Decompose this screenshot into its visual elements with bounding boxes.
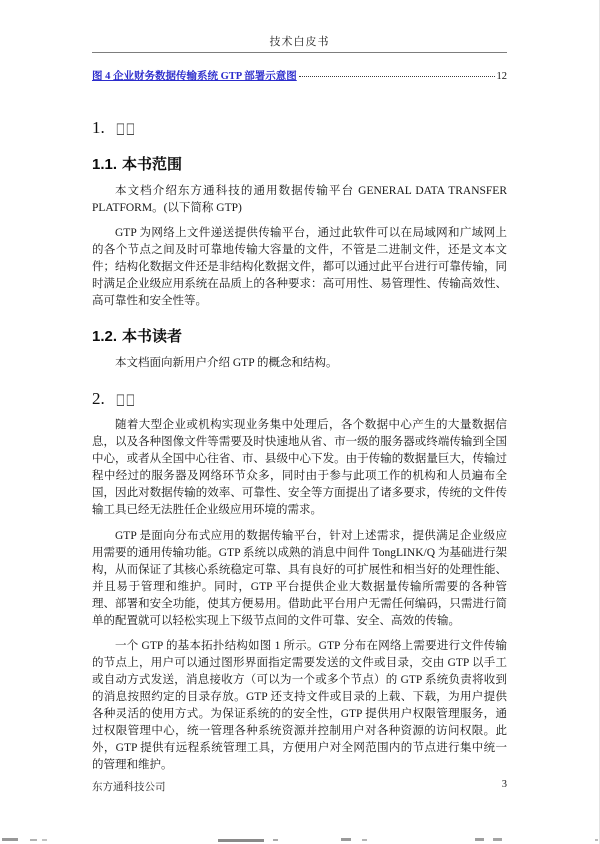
page-edge-artifact — [595, 839, 598, 841]
footer-page-number: 3 — [502, 779, 507, 794]
page-footer: 东方通科技公司 3 — [92, 779, 507, 794]
page-edge-artifact — [341, 838, 351, 841]
page-edge-artifact — [273, 839, 278, 841]
heading-2-intro: 2. □□ — [92, 389, 507, 409]
page-edge-artifact — [2, 838, 18, 841]
page-edge-artifact — [42, 839, 47, 841]
header-title: 技术白皮书 — [270, 36, 330, 48]
paragraph-intro-1: 随着大型企业或机构实现业务集中处理后，各个数据中心产生的大量数据信息，以及各种图… — [92, 417, 507, 519]
paragraph-intro-2: GTP 是面向分布式应用的数据传输平台，针对上述需求，提供满足企业级应用需要的通… — [92, 528, 507, 630]
heading-number: 1.2. — [92, 328, 117, 345]
missing-glyph-title: □□ — [116, 390, 136, 408]
heading-number: 1.1. — [92, 156, 117, 173]
heading-1-1-scope: 1.1.本书范围 — [92, 153, 507, 174]
heading-1-overview: 1. □□ — [92, 118, 507, 138]
heading-1-2-audience: 1.2.本书读者 — [92, 325, 507, 346]
page-edge-artifact — [493, 838, 502, 841]
paragraph-intro-3: 一个 GTP 的基本拓扑结构如图 1 所示。GTP 分布在网络上需要进行文件传输… — [92, 638, 507, 774]
page-header: 技术白皮书 — [92, 0, 507, 53]
heading-number: 1. — [92, 118, 105, 138]
missing-glyph-title: □□ — [116, 119, 136, 137]
page-edge-artifact — [30, 839, 37, 841]
heading-number: 2. — [92, 389, 105, 409]
paragraph-scope-2: GTP 为网络上文件递送提供传输平台，通过此软件可以在局域网和广域网上的各个节点… — [92, 225, 507, 310]
page-edge-artifact — [218, 839, 264, 842]
heading-title: 本书范围 — [122, 156, 182, 173]
toc-dot-leader — [299, 76, 495, 77]
page-edge-artifact — [362, 839, 367, 841]
paragraph-audience: 本文档面向新用户介绍 GTP 的概念和结构。 — [92, 355, 507, 372]
toc-figure-link[interactable]: 图 4 企业财务数据传输系统 GTP 部署示意图 — [92, 68, 297, 83]
paragraph-scope-1: 本文档介绍东方通科技的通用数据传输平台 GENERAL DATA TRANSFE… — [92, 183, 507, 217]
page-edge-artifact — [475, 838, 484, 841]
heading-title: 本书读者 — [122, 328, 182, 345]
document-body: 1. □□ 1.1.本书范围 本文档介绍东方通科技的通用数据传输平台 GENER… — [92, 118, 507, 774]
document-page: 技术白皮书 图 4 企业财务数据传输系统 GTP 部署示意图 12 1. □□ … — [0, 0, 600, 844]
toc-entry: 图 4 企业财务数据传输系统 GTP 部署示意图 12 — [92, 68, 507, 83]
footer-company: 东方通科技公司 — [92, 779, 166, 794]
toc-page-number: 12 — [497, 71, 508, 82]
